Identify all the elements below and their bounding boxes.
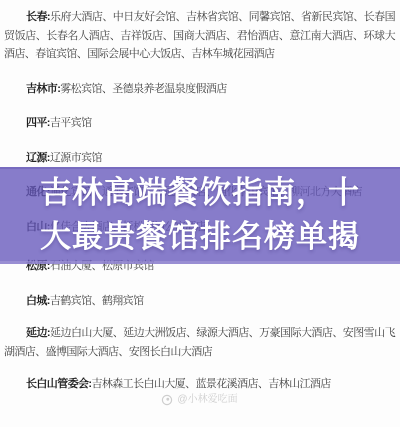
overlay-title-line1: 吉林高端餐饮指南，十 [40,171,360,215]
city-section-changchun: 长春:乐府大酒店、中日友好会馆、吉林省宾馆、同馨宾馆、省新民宾馆、长春国贸饭店、… [4,8,395,64]
city-section-jilinshi: 吉林市:雾松宾馆、圣德泉养老温泉度假酒店 [4,80,395,99]
article-page: 长春:乐府大酒店、中日友好会馆、吉林省宾馆、同馨宾馆、省新民宾馆、长春国贸饭店、… [0,0,400,427]
city-section-yanbian: 延边:延边白山大厦、延边大洲饭店、绿源大酒店、万豪国际大酒店、安图雪山飞湖酒店、… [4,324,395,361]
hotel-names: 辽源市宾馆 [50,152,102,164]
city-label: 延边: [26,327,50,339]
title-overlay-banner: 吉林高端餐饮指南，十 大最贵餐馆排名榜单揭 [0,167,400,264]
city-label: 长白山管委会: [26,378,91,390]
hotel-names: 乐府大酒店、中日友好会馆、吉林省宾馆、同馨宾馆、省新民宾馆、长春国贸饭店、长春名… [4,11,395,60]
watermark: @小林爱吃面 [4,391,395,410]
hotel-names: 延边白山大厦、延边大洲饭店、绿源大酒店、万豪国际大酒店、安图雪山飞湖酒店、盛博国… [4,327,395,358]
hotel-names: 雾松宾馆、圣德泉养老温泉度假酒店 [60,83,226,95]
city-label: 长春: [26,11,50,23]
weibo-logo-icon [161,394,173,406]
city-label: 白城: [26,295,50,307]
watermark-text: @小林爱吃面 [177,391,237,410]
city-label: 吉林市: [26,83,60,95]
hotel-names: 吉平宾馆 [50,117,92,129]
city-label: 四平: [26,117,50,129]
city-label: 辽源: [26,152,50,164]
city-section-baicheng: 白城:吉鹤宾馆、鹤翔宾馆 [4,292,395,311]
city-section-liaoyuan: 辽源:辽源市宾馆 [4,149,395,168]
city-section-siping: 四平:吉平宾馆 [4,114,395,133]
hotel-names: 吉林森工长白山大厦、蓝景花溪酒店、吉林山江酒店 [91,378,330,390]
hotel-names: 吉鹤宾馆、鹤翔宾馆 [50,295,144,307]
overlay-title-line2: 大最贵餐馆排名榜单揭 [40,215,360,259]
